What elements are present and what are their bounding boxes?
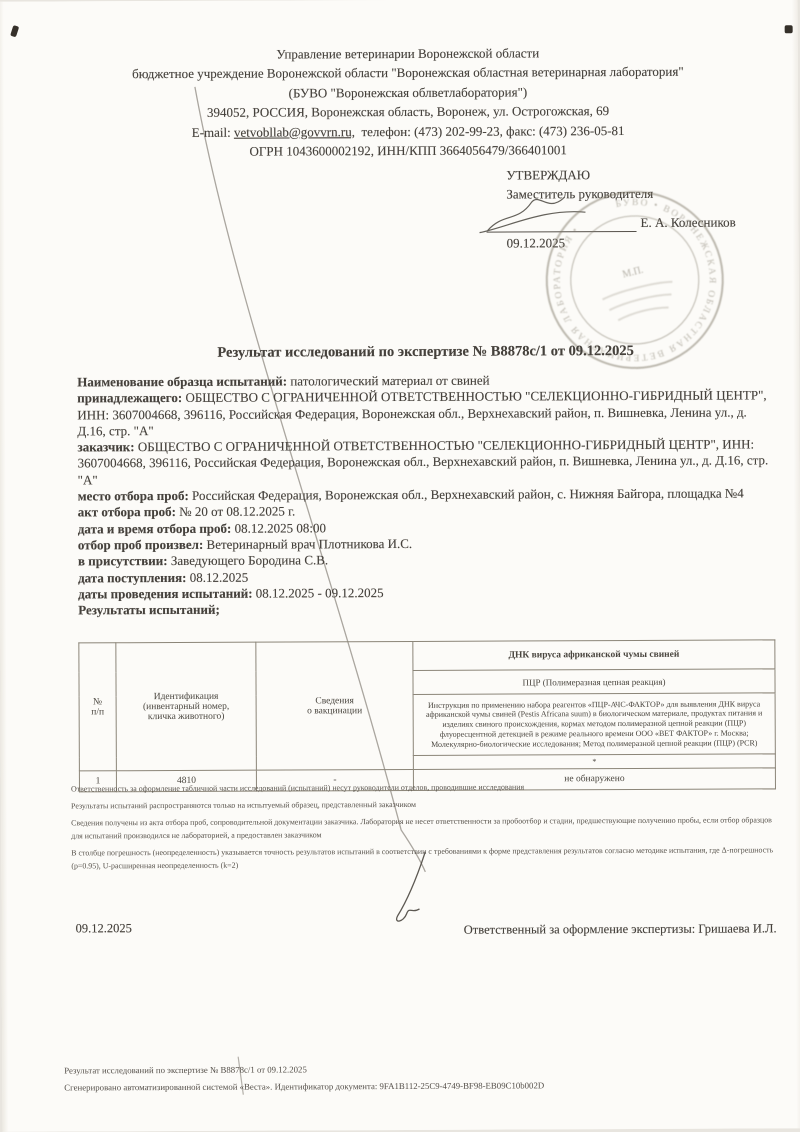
responsible-signature	[373, 848, 443, 933]
column-header-identification: Идентификация (инвентарный номер, кличка…	[116, 642, 257, 771]
detail-label: в присутствии:	[78, 553, 168, 568]
stamp-center-text: М.П.	[621, 265, 644, 281]
detail-value: Заведующего Бородина С.В.	[171, 553, 328, 569]
detail-value: 08.12.2025 - 09.12.2025	[256, 585, 384, 601]
document-title: Результат исследований по экспертизе № В…	[77, 342, 774, 362]
detail-line: принадлежащего: ОБЩЕСТВО С ОГРАНИЧЕННОЙ …	[77, 388, 774, 440]
phone-fax: телефон: (473) 202-99-23, факс: (473) 23…	[361, 123, 624, 139]
result-header-method-name: ПЦР (Полимеразная цепная реакция)	[413, 669, 775, 695]
detail-label: отбор проб произвел:	[78, 537, 203, 553]
result-header-method-instruction: Инструкция по применению набора реагенто…	[413, 693, 775, 756]
scanned-document-sheet: Управление ветеринарии Воронежской облас…	[0, 0, 800, 1130]
detail-label: Наименование образца испытаний:	[77, 373, 287, 389]
stamp-inner-blur	[602, 279, 678, 323]
letterhead: Управление ветеринарии Воронежской облас…	[58, 42, 759, 161]
approve-label: УТВЕРЖДАЮ	[506, 167, 590, 183]
signoff-responsible: Ответственный за оформление экспертизы: …	[382, 921, 777, 938]
detail-label: дата и время отбора проб:	[78, 520, 232, 536]
detail-value: ОБЩЕСТВО С ОГРАНИЧЕННОЙ ОТВЕТСТВЕННОСТЬЮ…	[78, 437, 769, 488]
email-value: vetvobllab@govvrn.ru,	[234, 124, 355, 140]
scan-speck	[785, 25, 793, 33]
footnote: Ответственность за оформление табличной …	[71, 779, 777, 795]
document-footer: Результат исследований по экспертизе № В…	[64, 1059, 764, 1096]
detail-value: патологический материал от свиней	[290, 373, 489, 389]
detail-value: Российская Федерация, Воронежская обл., …	[192, 486, 744, 503]
detail-label: даты проведения испытаний:	[78, 586, 252, 602]
detail-label: принадлежащего:	[77, 390, 182, 405]
org-name-line2: бюджетное учреждение Воронежской области…	[58, 62, 758, 84]
detail-value: № 20 от 08.12.2025 г.	[179, 504, 295, 520]
detail-label: место отбора проб:	[78, 488, 189, 503]
email-label: E-mail:	[192, 124, 231, 139]
footnote: Сведения получены из акта отбора проб, с…	[71, 813, 777, 842]
detail-value: Ветеринарный врач Плотникова И.С.	[206, 536, 412, 552]
detail-line: заказчик: ОБЩЕСТВО С ОГРАНИЧЕННОЙ ОТВЕТС…	[77, 437, 774, 489]
detail-label: дата поступления:	[78, 569, 186, 584]
sample-details: Наименование образца испытаний: патологи…	[77, 371, 775, 618]
detail-value: 08.12.2025	[190, 569, 249, 584]
detail-value: 08.12.2025 08:00	[235, 520, 326, 535]
footnote: Результаты испытаний распространяются то…	[71, 796, 777, 812]
results-label: Результаты испытаний;	[78, 600, 775, 619]
footer-generated-by: Сгенерировано автоматизированной системо…	[64, 1076, 764, 1096]
signoff-date: 09.12.2025	[76, 921, 132, 936]
column-header-number: № п/п	[79, 643, 117, 771]
detail-label: заказчик:	[77, 439, 134, 454]
result-header-analyte: ДНК вируса африканской чумы свиней	[413, 640, 775, 671]
scan-speck	[10, 25, 19, 37]
results-table: № п/п Идентификация (инвентарный номер, …	[78, 639, 776, 792]
column-header-vaccination: Сведения о вакцинации	[256, 641, 414, 770]
org-ogrn-inn: ОГРН 1043600002192, ИНН/КПП 3664056479/3…	[58, 139, 758, 161]
result-header-units: *	[413, 754, 775, 770]
detail-label: акт отбора проб:	[78, 504, 176, 519]
